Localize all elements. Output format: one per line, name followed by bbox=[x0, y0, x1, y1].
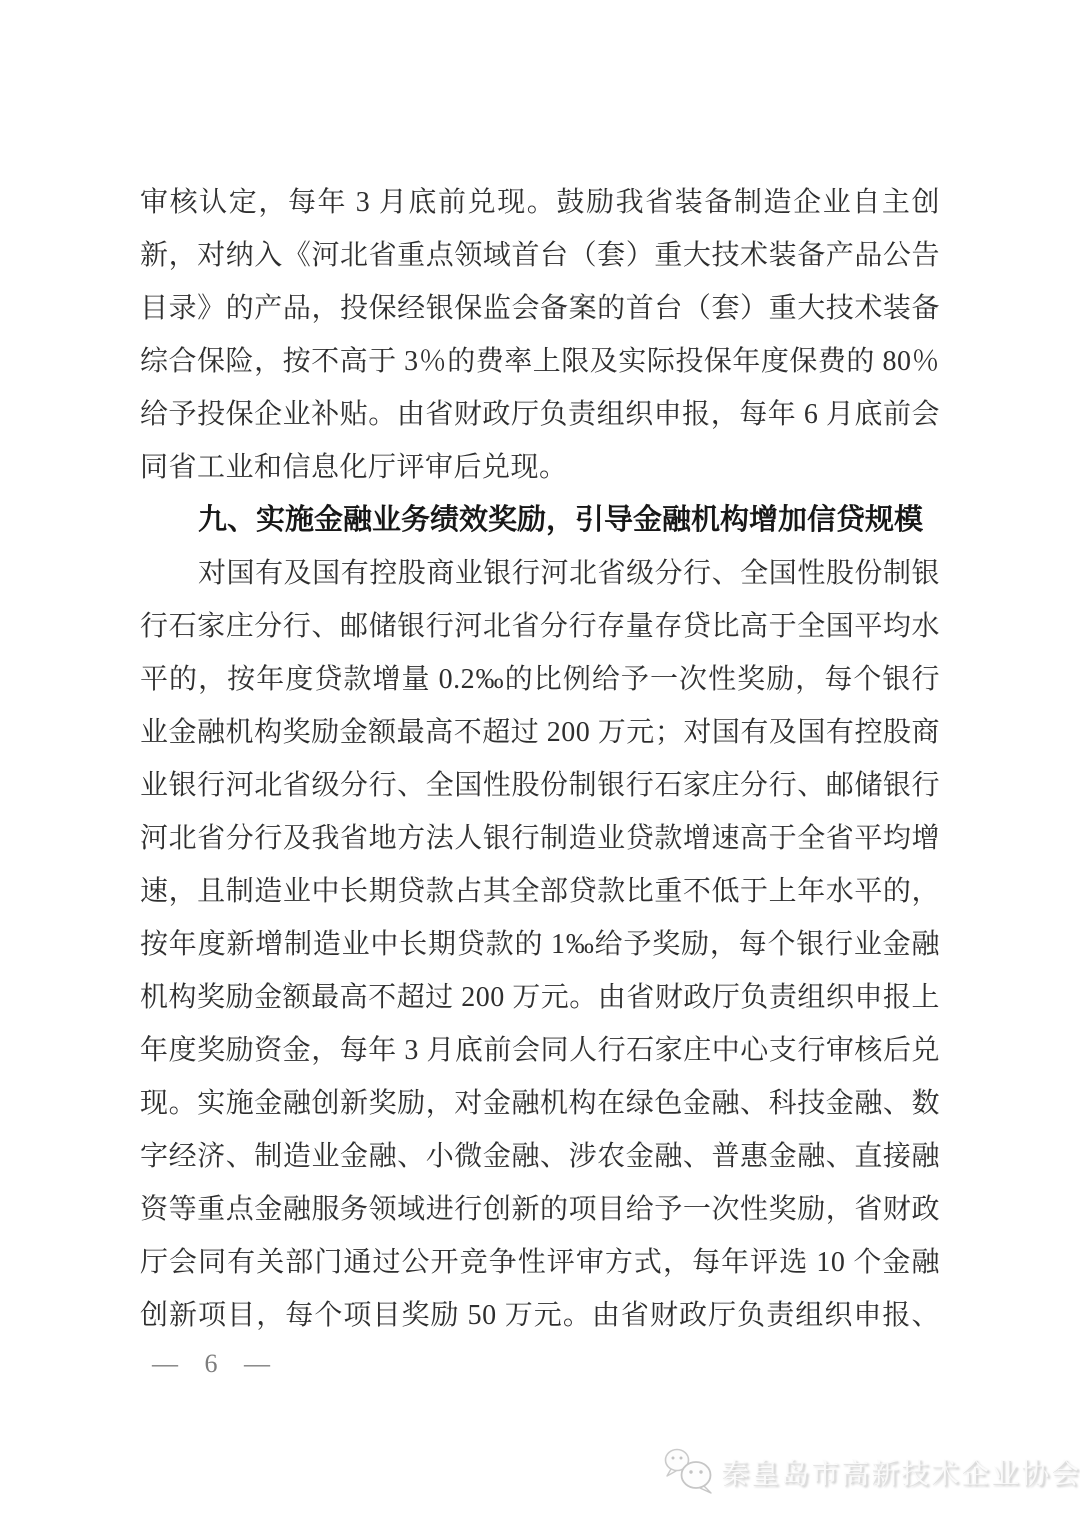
association-name: 秦皇岛市高新技术企业协会 bbox=[721, 1452, 1080, 1492]
document-page: 审核认定，每年 3 月底前兑现。鼓励我省装备制造企业自主创 新，对纳入《河北省重… bbox=[0, 0, 1080, 1525]
body-line: 年度奖励资金，每年 3 月底前会同人行石家庄中心支行审核后兑 bbox=[140, 1024, 940, 1077]
document-body: 审核认定，每年 3 月底前兑现。鼓励我省装备制造企业自主创 新，对纳入《河北省重… bbox=[140, 176, 940, 1382]
body-line: 行石家庄分行、邮储银行河北省分行存量存贷比高于全国平均水 bbox=[140, 600, 940, 653]
section-heading: 九、实施金融业务绩效奖励，引导金融机构增加信贷规模 bbox=[140, 494, 940, 547]
body-line: 审核认定，每年 3 月底前兑现。鼓励我省装备制造企业自主创 bbox=[140, 176, 940, 229]
body-line: 创新项目，每个项目奖励 50 万元。由省财政厅负责组织申报、 bbox=[140, 1289, 940, 1342]
body-line: 河北省分行及我省地方法人银行制造业贷款增速高于全省平均增 bbox=[140, 812, 940, 865]
body-line: 业银行河北省级分行、全国性股份制银行石家庄分行、邮储银行 bbox=[140, 759, 940, 812]
body-line: 对国有及国有控股商业银行河北省级分行、全国性股份制银 bbox=[140, 547, 940, 600]
body-line: 综合保险，按不高于 3％的费率上限及实际投保年度保费的 80％ bbox=[140, 335, 940, 388]
body-line: 平的，按年度贷款增量 0.2‰的比例给予一次性奖励，每个银行 bbox=[140, 653, 940, 706]
body-line: 新，对纳入《河北省重点领域首台（套）重大技术装备产品公告 bbox=[140, 229, 940, 282]
body-line: 现。实施金融创新奖励，对金融机构在绿色金融、科技金融、数 bbox=[140, 1077, 940, 1130]
page-number: — 6 — bbox=[140, 1346, 940, 1382]
body-line: 同省工业和信息化厅评审后兑现。 bbox=[140, 441, 940, 494]
body-line: 资等重点金融服务领域进行创新的项目给予一次性奖励，省财政 bbox=[140, 1183, 940, 1236]
body-line: 按年度新增制造业中长期贷款的 1‰给予奖励，每个银行业金融 bbox=[140, 918, 940, 971]
body-line: 目录》的产品，投保经银保监会备案的首台（套）重大技术装备 bbox=[140, 282, 940, 335]
wechat-icon bbox=[662, 1446, 716, 1498]
body-line: 字经济、制造业金融、小微金融、涉农金融、普惠金融、直接融 bbox=[140, 1130, 940, 1183]
body-line: 业金融机构奖励金额最高不超过 200 万元；对国有及国有控股商 bbox=[140, 706, 940, 759]
body-line: 速，且制造业中长期贷款占其全部贷款比重不低于上年水平的， bbox=[140, 865, 940, 918]
body-line: 给予投保企业补贴。由省财政厅负责组织申报，每年 6 月底前会 bbox=[140, 388, 940, 441]
footer-watermark: 秦皇岛市高新技术企业协会 bbox=[662, 1446, 1080, 1498]
body-line: 厅会同有关部门通过公开竞争性评审方式，每年评选 10 个金融 bbox=[140, 1236, 940, 1289]
body-line: 机构奖励金额最高不超过 200 万元。由省财政厅负责组织申报上 bbox=[140, 971, 940, 1024]
